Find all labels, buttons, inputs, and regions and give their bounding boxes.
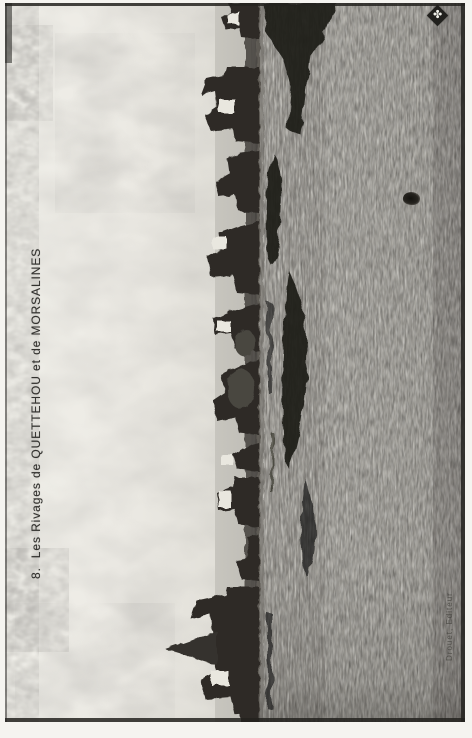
postcard-caption: 8.Les Rivages de QUETTEHOU et de MORSALI… — [29, 243, 45, 579]
caption-number: 8. — [29, 567, 43, 579]
quatrefoil-glyph: ✤ — [433, 10, 442, 21]
stamp-diamond-shape: ✤ — [427, 5, 448, 26]
diamond-quatrefoil-stamp-icon: ✤ — [426, 4, 450, 28]
photo-scene — [5, 3, 465, 722]
postcard: 8.Les Rivages de QUETTEHOU et de MORSALI… — [0, 0, 472, 738]
publisher-credit: Drouet, Editeur — [445, 566, 455, 661]
postcard-photo — [5, 3, 465, 722]
caption-title: Les Rivages de QUETTEHOU et de MORSALINE… — [29, 248, 43, 558]
